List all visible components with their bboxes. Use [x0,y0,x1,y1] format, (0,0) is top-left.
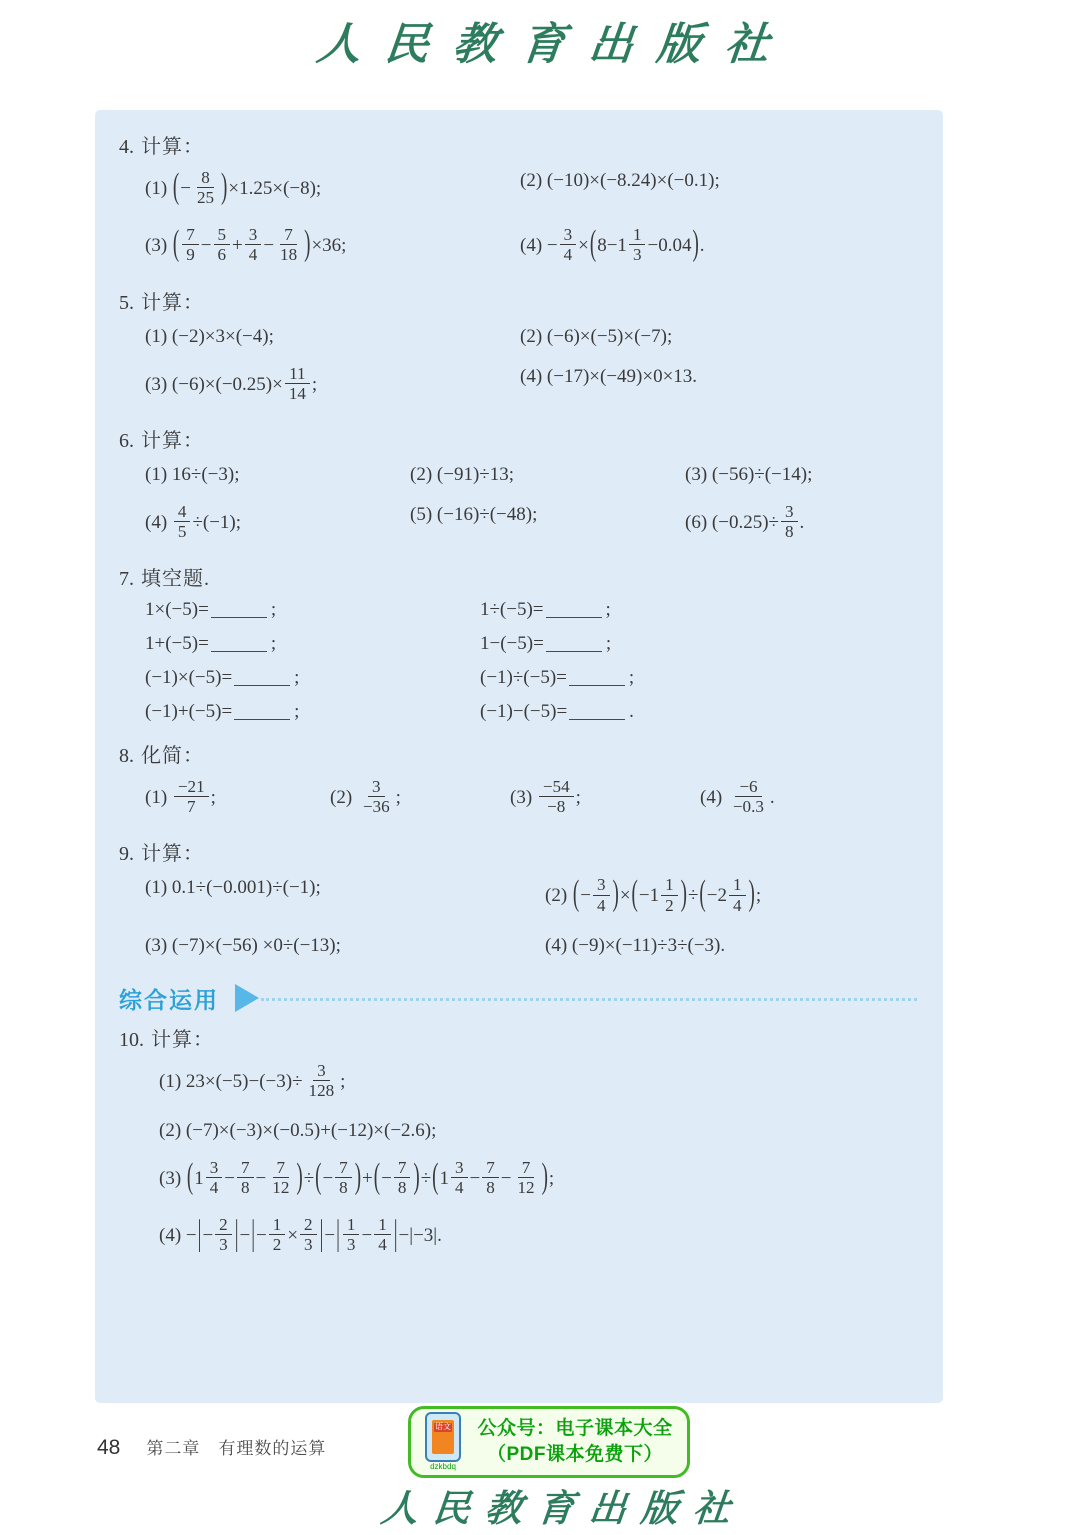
fraction: 34 [206,1158,223,1197]
big-paren-open: ( [172,167,180,209]
fraction: 825 [193,168,218,207]
exercise-items: (1) 23×(−5)−(−3)÷3128;(2) (−7)×(−3)×(−0.… [159,1054,917,1266]
exercise-item: (6) (−0.25)÷38. [685,495,917,552]
fraction: 34 [593,875,610,914]
exercise-title: 填空题. [141,568,210,590]
big-paren-close: ) [680,875,688,917]
exercise-item: (2) (−34)×(−112)÷(−214); [545,868,917,925]
blank-line [234,704,290,720]
fraction: 1114 [285,364,310,403]
fraction: 3−36 [359,777,394,816]
exercise-item: (4) (−17)×(−49)×0×13. [520,357,917,414]
publisher-logo-top: 人民教育出版社 [0,8,1087,72]
exercise-item: (3) −54−8; [510,770,700,827]
exercise-item: (1) −217; [145,770,330,827]
fraction: 78 [394,1158,411,1197]
exercise-item: 1−(−5)=; [480,627,917,661]
exercise-heading: 6.计算： [119,424,917,453]
exercise-item: (2) (−91)÷13; [410,455,685,495]
big-paren-open: ( [589,225,597,267]
dotted-rule [261,998,917,1001]
exercise-number: 5. [119,292,134,315]
big-bar-close: | [319,1215,325,1257]
exercise-number: 7. [119,568,134,591]
big-paren-close: ) [541,1157,549,1199]
exercise-title: 计算： [141,843,204,865]
exercise-number: 6. [119,430,134,453]
exercise-number: 9. [119,843,134,866]
exercise-items: (1) (−2)×3×(−4);(2) (−6)×(−5)×(−7);(3) (… [145,317,917,414]
wechat-promo-badge[interactable]: 语文 dzkbdq 公众号：电子课本大全 （PDF课本免费下） [408,1406,690,1478]
exercise-item: 1÷(−5)=; [480,593,917,627]
big-paren-open: ( [631,875,639,917]
exercise-item: (2) 3−36; [330,770,510,827]
blank-line [569,704,625,720]
fraction: 14 [729,875,746,914]
fraction: −217 [174,777,209,816]
exercise-items: (1) 16÷(−3);(2) (−91)÷13;(3) (−56)÷(−14)… [145,455,917,552]
exercise-item: 1×(−5)=; [145,593,480,627]
blank-line [234,670,290,686]
fraction: −6−0.3 [729,777,768,816]
fraction: 79 [182,225,199,264]
exercise-items: (1) −217;(2) 3−36;(3) −54−8;(4) −6−0.3. [145,770,917,827]
chapter-title: 第二章 有理数的运算 [146,1439,326,1458]
fraction: 34 [560,225,577,264]
exercise-panel: 4.计算：(1) (−825)×1.25×(−8);(2) (−10)×(−8.… [95,110,943,1403]
big-bar-close: | [393,1215,399,1257]
exercise-title: 计算： [141,136,204,158]
fraction: 23 [300,1215,317,1254]
exercise-item: (1) 0.1÷(−0.001)÷(−1); [145,868,545,925]
exercise-item: (1) (−825)×1.25×(−8); [145,161,520,218]
textbook-icon: 语文 [432,1420,454,1454]
exercise-heading: 9.计算： [119,837,917,866]
fraction: 12 [269,1215,286,1254]
exercise-item: (3) (−7)×(−56) ×0÷(−13); [145,926,545,966]
fraction: 34 [451,1158,468,1197]
exercise-title: 化简： [141,745,204,767]
big-paren-close: ) [354,1157,362,1199]
exercise-block: 4.计算：(1) (−825)×1.25×(−8);(2) (−10)×(−8.… [119,130,917,276]
exercise-number: 8. [119,745,134,768]
exercise-item: (4) (−9)×(−11)÷3÷(−3). [545,926,917,966]
exercise-item: (3) (−56)÷(−14); [685,455,917,495]
exercise-item: (4) −34×(8−113−0.04). [520,218,917,275]
big-paren-open: ( [373,1157,381,1199]
blank-line [546,602,602,618]
exercise-heading: 8.化简： [119,739,917,768]
exercise-item: (3) (79−56+34−718)×36; [145,218,520,275]
big-bar-open: | [335,1215,341,1257]
exercise-title: 计算： [141,430,204,452]
exercise-block: 7.填空题.1×(−5)=;1÷(−5)=;1+(−5)=;1−(−5)=;(−… [119,562,917,729]
exercise-item: (1) (−2)×3×(−4); [145,317,520,357]
exercise-heading: 10.计算： [119,1023,917,1052]
exercise-heading: 4.计算： [119,130,917,159]
big-paren-open: ( [186,1157,194,1199]
exercise-item: (1) 23×(−5)−(−3)÷3128; [159,1054,917,1111]
fraction: 78 [237,1158,254,1197]
exercise-item: (3) (−6)×(−0.25)×1114; [145,357,520,414]
exercise-number: 4. [119,136,134,159]
exercise-item: (5) (−16)÷(−48); [410,495,685,552]
exercise-items: (1) (−825)×1.25×(−8);(2) (−10)×(−8.24)×(… [145,161,917,276]
exercise-title: 计算： [151,1029,214,1051]
big-paren-close: ) [303,225,311,267]
exercise-items: 1×(−5)=;1÷(−5)=;1+(−5)=;1−(−5)=;(−1)×(−5… [145,593,917,729]
fraction: 13 [629,225,646,264]
exercise-item: (4) −6−0.3. [700,770,917,827]
big-paren-close: ) [295,1157,303,1199]
triangle-icon [235,984,259,1012]
exercise-heading: 7.填空题. [119,562,917,591]
big-bar-open: | [250,1215,256,1257]
exercise-items: (1) 0.1÷(−0.001)÷(−1);(2) (−34)×(−112)÷(… [145,868,917,965]
exercise-item: (−1)+(−5)=; [145,695,480,729]
blank-line [211,602,267,618]
exercise-item: (4) 45÷(−1); [145,495,410,552]
big-paren-open: ( [431,1157,439,1199]
fraction: −54−8 [539,777,574,816]
big-paren-close: ) [691,225,699,267]
exercise-title: 计算： [141,292,204,314]
fraction: 712 [268,1158,293,1197]
fraction: 56 [214,225,231,264]
badge-line2: （PDF课本免费下） [471,1442,679,1468]
exercise-block: 5.计算：(1) (−2)×3×(−4);(2) (−6)×(−5)×(−7);… [119,286,917,414]
fraction: 14 [374,1215,391,1254]
big-paren-open: ( [314,1157,322,1199]
section-title: 综合运用 [119,982,219,1015]
fraction: 3128 [305,1061,339,1100]
exercise-item: (1) 16÷(−3); [145,455,410,495]
phone-book-icon: 语文 dzkbdq [421,1412,465,1472]
exercise-item: (2) (−7)×(−3)×(−0.5)+(−12)×(−2.6); [159,1111,917,1151]
big-bar-open: | [197,1215,203,1257]
big-paren-open: ( [172,225,180,267]
badge-text: 公众号：电子课本大全 （PDF课本免费下） [471,1416,679,1467]
fraction: 12 [661,875,678,914]
big-paren-open: ( [698,875,706,917]
fraction: 712 [513,1158,538,1197]
fraction: 38 [781,502,798,541]
exercise-block: 10.计算：(1) 23×(−5)−(−3)÷3128;(2) (−7)×(−3… [119,1023,917,1266]
fraction: 78 [482,1158,499,1197]
exercise-item: (2) (−6)×(−5)×(−7); [520,317,917,357]
big-paren-close: ) [612,875,620,917]
fraction: 34 [245,225,262,264]
blank-line [546,636,602,652]
section-header: 综合运用 [119,982,917,1015]
badge-line1: 公众号：电子课本大全 [471,1416,679,1442]
exercise-item: 1+(−5)=; [145,627,480,661]
textbook-icon-label: 语文 [434,1423,452,1432]
big-paren-close: ) [748,875,756,917]
exercise-block: 9.计算：(1) 0.1÷(−0.001)÷(−1);(2) (−34)×(−1… [119,837,917,965]
fraction: 13 [343,1215,360,1254]
publisher-logo-bottom: 人民教育出版社 [0,1478,1087,1532]
exercise-heading: 5.计算： [119,286,917,315]
exercise-item: (−1)×(−5)=; [145,661,480,695]
exercise-item: (−1)−(−5)=. [480,695,917,729]
big-bar-close: | [234,1215,240,1257]
exercise-item: (4) −|−23|−|−12×23|−|13−14|−|−3|. [159,1208,917,1265]
exercise-number: 10. [119,1029,144,1052]
exercise-item: (2) (−10)×(−8.24)×(−0.1); [520,161,917,218]
blank-line [211,636,267,652]
exercise-item: (−1)÷(−5)=; [480,661,917,695]
big-paren-close: ) [220,167,228,209]
fraction: 45 [174,502,191,541]
fraction: 23 [215,1215,232,1254]
big-paren-close: ) [412,1157,420,1199]
fraction: 78 [335,1158,352,1197]
blank-line [569,670,625,686]
exercise-block: 8.化简：(1) −217;(2) 3−36;(3) −54−8;(4) −6−… [119,739,917,827]
exercise-item: (3) (134−78−712)÷(−78)+(−78)÷(134−78−712… [159,1151,917,1208]
exercise-block: 6.计算：(1) 16÷(−3);(2) (−91)÷13;(3) (−56)÷… [119,424,917,552]
page-number: 48 [97,1436,120,1459]
phone-icon: 语文 [425,1412,461,1462]
big-paren-open: ( [572,875,580,917]
fraction: 718 [276,225,301,264]
page-footer: 48第二章 有理数的运算 [97,1434,326,1460]
icon-caption: dzkbdq [421,1462,465,1472]
